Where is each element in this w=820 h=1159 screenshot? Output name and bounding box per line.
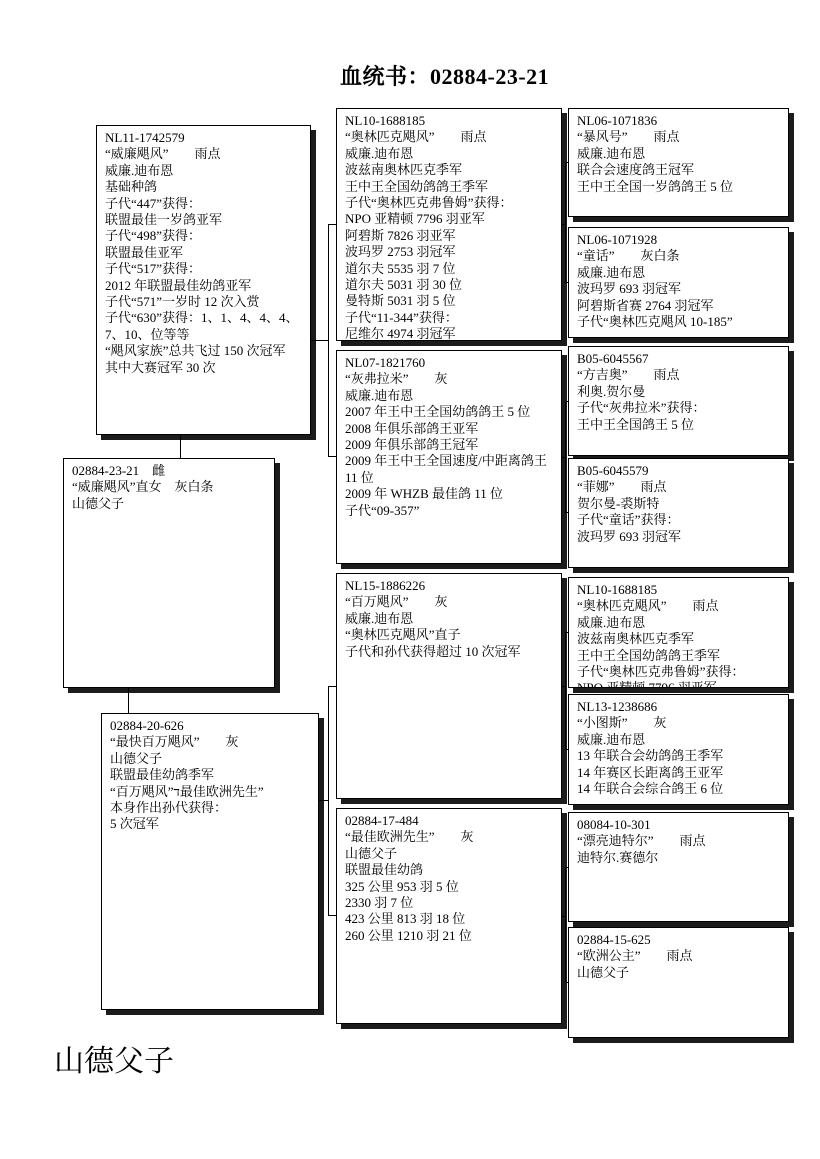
pedigree-box-sire-sire-dam-text: NL06-1071928 “童话” 灰白条 威廉.迪布恩 波玛罗 693 羽冠军… — [569, 228, 788, 334]
pedigree-box-sire-dam-sire-text: B05-6045567 “方吉奥” 雨点 利奥.贺尔曼 子代“灰弗拉米”获得： … — [569, 347, 788, 437]
pedigree-box-dam-dam-dam: 02884-15-625 “欧洲公主” 雨点 山德父子 — [568, 927, 789, 1038]
pedigree-box-sire-dam-text: NL07-1821760 “灰弗拉米” 灰 威廉.迪布恩 2007 年王中王全国… — [337, 351, 561, 523]
pedigree-box-sire-dam: NL07-1821760 “灰弗拉米” 灰 威廉.迪布恩 2007 年王中王全国… — [336, 350, 562, 564]
pedigree-page: 血统书：02884-23-21 NL11-1742579 “威廉飓风” 雨点 威… — [0, 0, 820, 1159]
pedigree-box-dam-sire-sire-text: NL10-1688185 “奥林匹克飓风” 雨点 威廉.迪布恩 波兹南奥林匹克季… — [569, 578, 788, 688]
connector-dam-parents-stub — [319, 800, 328, 801]
pedigree-box-sire-sire-text: NL10-1688185 “奥林匹克飓风” 雨点 威廉.迪布恩 波兹南奥林匹克季… — [337, 109, 561, 341]
connector-sire-sire-parents-stub — [562, 224, 565, 225]
connector-dam-sire-parents-stub — [562, 686, 565, 687]
pedigree-box-dam-dam-sire-text: 08084-10-301 “漂亮迪特尔” 雨点 迪特尔.赛德尔 — [569, 813, 788, 870]
pedigree-box-sire-sire-sire-text: NL06-1071836 “暴风号” 雨点 威廉.迪布恩 联合会速度鸽王冠军 王… — [569, 109, 788, 199]
pedigree-box-sire-sire-sire: NL06-1071836 “暴风号” 雨点 威廉.迪布恩 联合会速度鸽王冠军 王… — [568, 108, 789, 217]
pedigree-box-dam-sire-dam-text: NL13-1238686 “小图斯” 灰 威廉.迪布恩 13 年联合会幼鸽鸽王季… — [569, 695, 788, 801]
pedigree-box-dam-dam-text: 02884-17-484 “最佳欧洲先生” 灰 山德父子 联盟最佳幼鸽 325 … — [337, 809, 561, 948]
connector-dam-dam-parents-stub — [562, 916, 565, 917]
connector-sire-dam-parents-bracket — [565, 401, 568, 513]
pedigree-box-dam-sire-text: NL15-1886226 “百万飓风” 灰 威廉.迪布恩 “奥林匹克飓风”直子 … — [337, 574, 561, 664]
pedigree-box-dam: 02884-20-626 “最快百万飓风” 灰 山德父子 联盟最佳幼鸽季军 “百… — [101, 713, 319, 1010]
connector-sire-parents-bracket — [328, 224, 336, 457]
connector-dam-parents-bracket — [328, 686, 336, 916]
footer-label: 山德父子 — [54, 1036, 174, 1080]
connector-sire-dam-parents-stub — [562, 457, 565, 458]
pedigree-box-sire: NL11-1742579 “威廉飓风” 雨点 威廉.迪布恩 基础种鸽 子代“44… — [96, 125, 311, 435]
pedigree-box-dam-dam-dam-text: 02884-15-625 “欧洲公主” 雨点 山德父子 — [569, 928, 788, 985]
pedigree-box-sire-sire-dam: NL06-1071928 “童话” 灰白条 威廉.迪布恩 波玛罗 693 羽冠军… — [568, 227, 789, 338]
connector-subject-dam — [128, 688, 129, 713]
pedigree-box-sire-dam-dam-text: B05-6045579 “菲娜” 雨点 贺尔曼-裘斯特 子代“童话”获得： 波玛… — [569, 459, 788, 549]
pedigree-box-sire-text: NL11-1742579 “威廉飓风” 雨点 威廉.迪布恩 基础种鸽 子代“44… — [97, 126, 310, 380]
connector-dam-dam-parents-bracket — [565, 867, 568, 983]
pedigree-box-dam-sire: NL15-1886226 “百万飓风” 灰 威廉.迪布恩 “奥林匹克飓风”直子 … — [336, 573, 562, 799]
pedigree-box-dam-sire-sire: NL10-1688185 “奥林匹克飓风” 雨点 威廉.迪布恩 波兹南奥林匹克季… — [568, 577, 789, 688]
pedigree-box-dam-dam-sire: 08084-10-301 “漂亮迪特尔” 雨点 迪特尔.赛德尔 — [568, 812, 789, 922]
connector-subject-sire — [180, 435, 181, 458]
connector-sire-parents-stub — [311, 340, 328, 341]
pedigree-box-sire-dam-sire: B05-6045567 “方吉奥” 雨点 利奥.贺尔曼 子代“灰弗拉米”获得： … — [568, 346, 789, 456]
pedigree-box-sire-dam-dam: B05-6045579 “菲娜” 雨点 贺尔曼-裘斯特 子代“童话”获得： 波玛… — [568, 458, 789, 568]
pedigree-box-sire-sire: NL10-1688185 “奥林匹克飓风” 雨点 威廉.迪布恩 波兹南奥林匹克季… — [336, 108, 562, 341]
pedigree-box-dam-text: 02884-20-626 “最快百万飓风” 灰 山德父子 联盟最佳幼鸽季军 “百… — [102, 714, 318, 837]
pedigree-box-subject: 02884-23-21 雌 “威廉飓风”直女 灰白条 山德父子 — [63, 458, 275, 688]
pedigree-box-dam-sire-dam: NL13-1238686 “小图斯” 灰 威廉.迪布恩 13 年联合会幼鸽鸽王季… — [568, 694, 789, 805]
connector-dam-sire-parents-bracket — [565, 632, 568, 750]
pedigree-box-subject-text: 02884-23-21 雌 “威廉飓风”直女 灰白条 山德父子 — [64, 459, 274, 516]
page-title: 血统书：02884-23-21 — [340, 60, 549, 91]
pedigree-box-dam-dam: 02884-17-484 “最佳欧洲先生” 灰 山德父子 联盟最佳幼鸽 325 … — [336, 808, 562, 1024]
connector-sire-sire-parents-bracket — [565, 162, 568, 283]
